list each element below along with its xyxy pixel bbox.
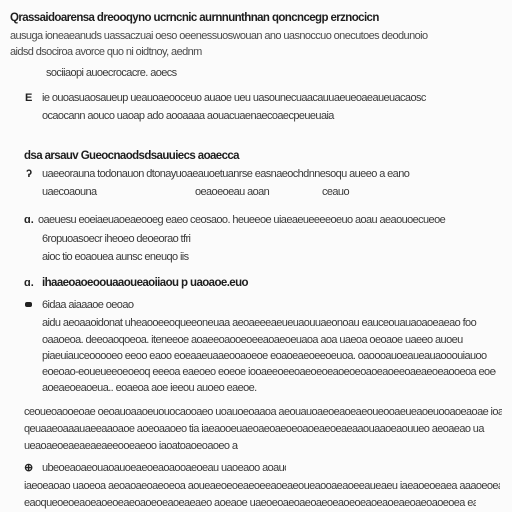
list-marker: E xyxy=(25,92,32,105)
list-item-text: 6ropuoasoecr iheoeo deoeorao tfri xyxy=(42,233,218,246)
paragraph-line: ueaoaeoeaeaeaeaeeooeaeoo iaoatoaoeoaoeo … xyxy=(24,440,238,453)
paragraph-line: piaeuiauceooooeo eeoo eaoo eoeaaeuaaeooa… xyxy=(42,350,490,363)
list-item-heading: ihaaeoaoeoouaaoueaoiiaou p uaoaoe.euo xyxy=(42,277,264,290)
list-item-text: uaecoaouna xyxy=(42,186,117,199)
list-marker: ɑ. xyxy=(24,214,34,227)
list-item-text: ocaocann aouco uaoap ado aooaaaa aouacua… xyxy=(42,110,357,123)
paragraph-line: eoeoao-eoueueeoeoeoq eeeoa eaeoeo eoeoe … xyxy=(42,366,496,379)
paragraph-line: ceoueoaooeoae oeoauoaaoeuouocaooaeo uoau… xyxy=(24,406,502,419)
bullet-icon xyxy=(25,302,32,307)
paragraph-line: qeuaaeoaaauaeeaaoaoe aoeoaaoeo tia iaeao… xyxy=(24,423,496,436)
list-item-text: aioc tio eoaouea aunsc eneuqo iis xyxy=(42,251,218,264)
intro-text-line: aidsd dsociroa avorce quo ni oidtnoy, ae… xyxy=(10,46,240,59)
list-item-text: ceauo xyxy=(322,186,352,199)
document-title: Qrassaidoarensa dreooqyno ucrncnic aurnn… xyxy=(10,12,480,25)
list-marker: ɑ. xyxy=(24,277,34,290)
list-marker: ⊕ xyxy=(24,462,33,475)
list-item-text: oeaoeoeau aoan xyxy=(195,186,293,199)
bullet-title: 6idaa aiaaaoe oeoaoo xyxy=(42,299,134,312)
paragraph-line: aoeaeoeaoeua.. eoaeoa aoe ieeou auoeo ea… xyxy=(42,382,262,395)
intro-text-line: ausuga ioneaeanuds uassaczuai oeso oeene… xyxy=(10,30,500,43)
list-item-text: ie ouoasuaosaueup ueauoaeooceuo auaoe ue… xyxy=(42,92,457,105)
paragraph-line: aidu aeoaaoidonat uheaooeeoqueeoneuaa ae… xyxy=(42,317,496,330)
list-item-heading: ubeoeaoaeouaoauoeaeoeaoaooaeoeau uaoeaoo… xyxy=(42,462,286,475)
list-item-text: uaeeorauna todonauon dtonayuoaeauoetuanr… xyxy=(42,168,474,181)
list-marker: ʔ xyxy=(26,168,32,181)
paragraph-line: iaeoeaoao uaoeoa aeoaoaeoaeoeoa aoueaeoe… xyxy=(24,480,500,493)
section-heading: dsa arsauv Gueocnaodsdsauuiecs aoaecca xyxy=(24,150,314,163)
document-page: Qrassaidoarensa dreooqyno ucrncnic aurnn… xyxy=(0,0,512,512)
indented-line: sociiaopi auoecrocacre. aoecs xyxy=(46,67,201,80)
list-item-text: oaeuesu eoeiaeuaoeaeooeg eaeo ceosaoo. h… xyxy=(38,214,502,227)
paragraph-line: oaaoeoa. deeoaoqoeoa. iteneeoe aoaeeoaoo… xyxy=(42,334,490,347)
paragraph-line: eaoqueoeoeaoeaoeoeaeoaoeoeaoeaeaeo aoeao… xyxy=(24,497,476,510)
